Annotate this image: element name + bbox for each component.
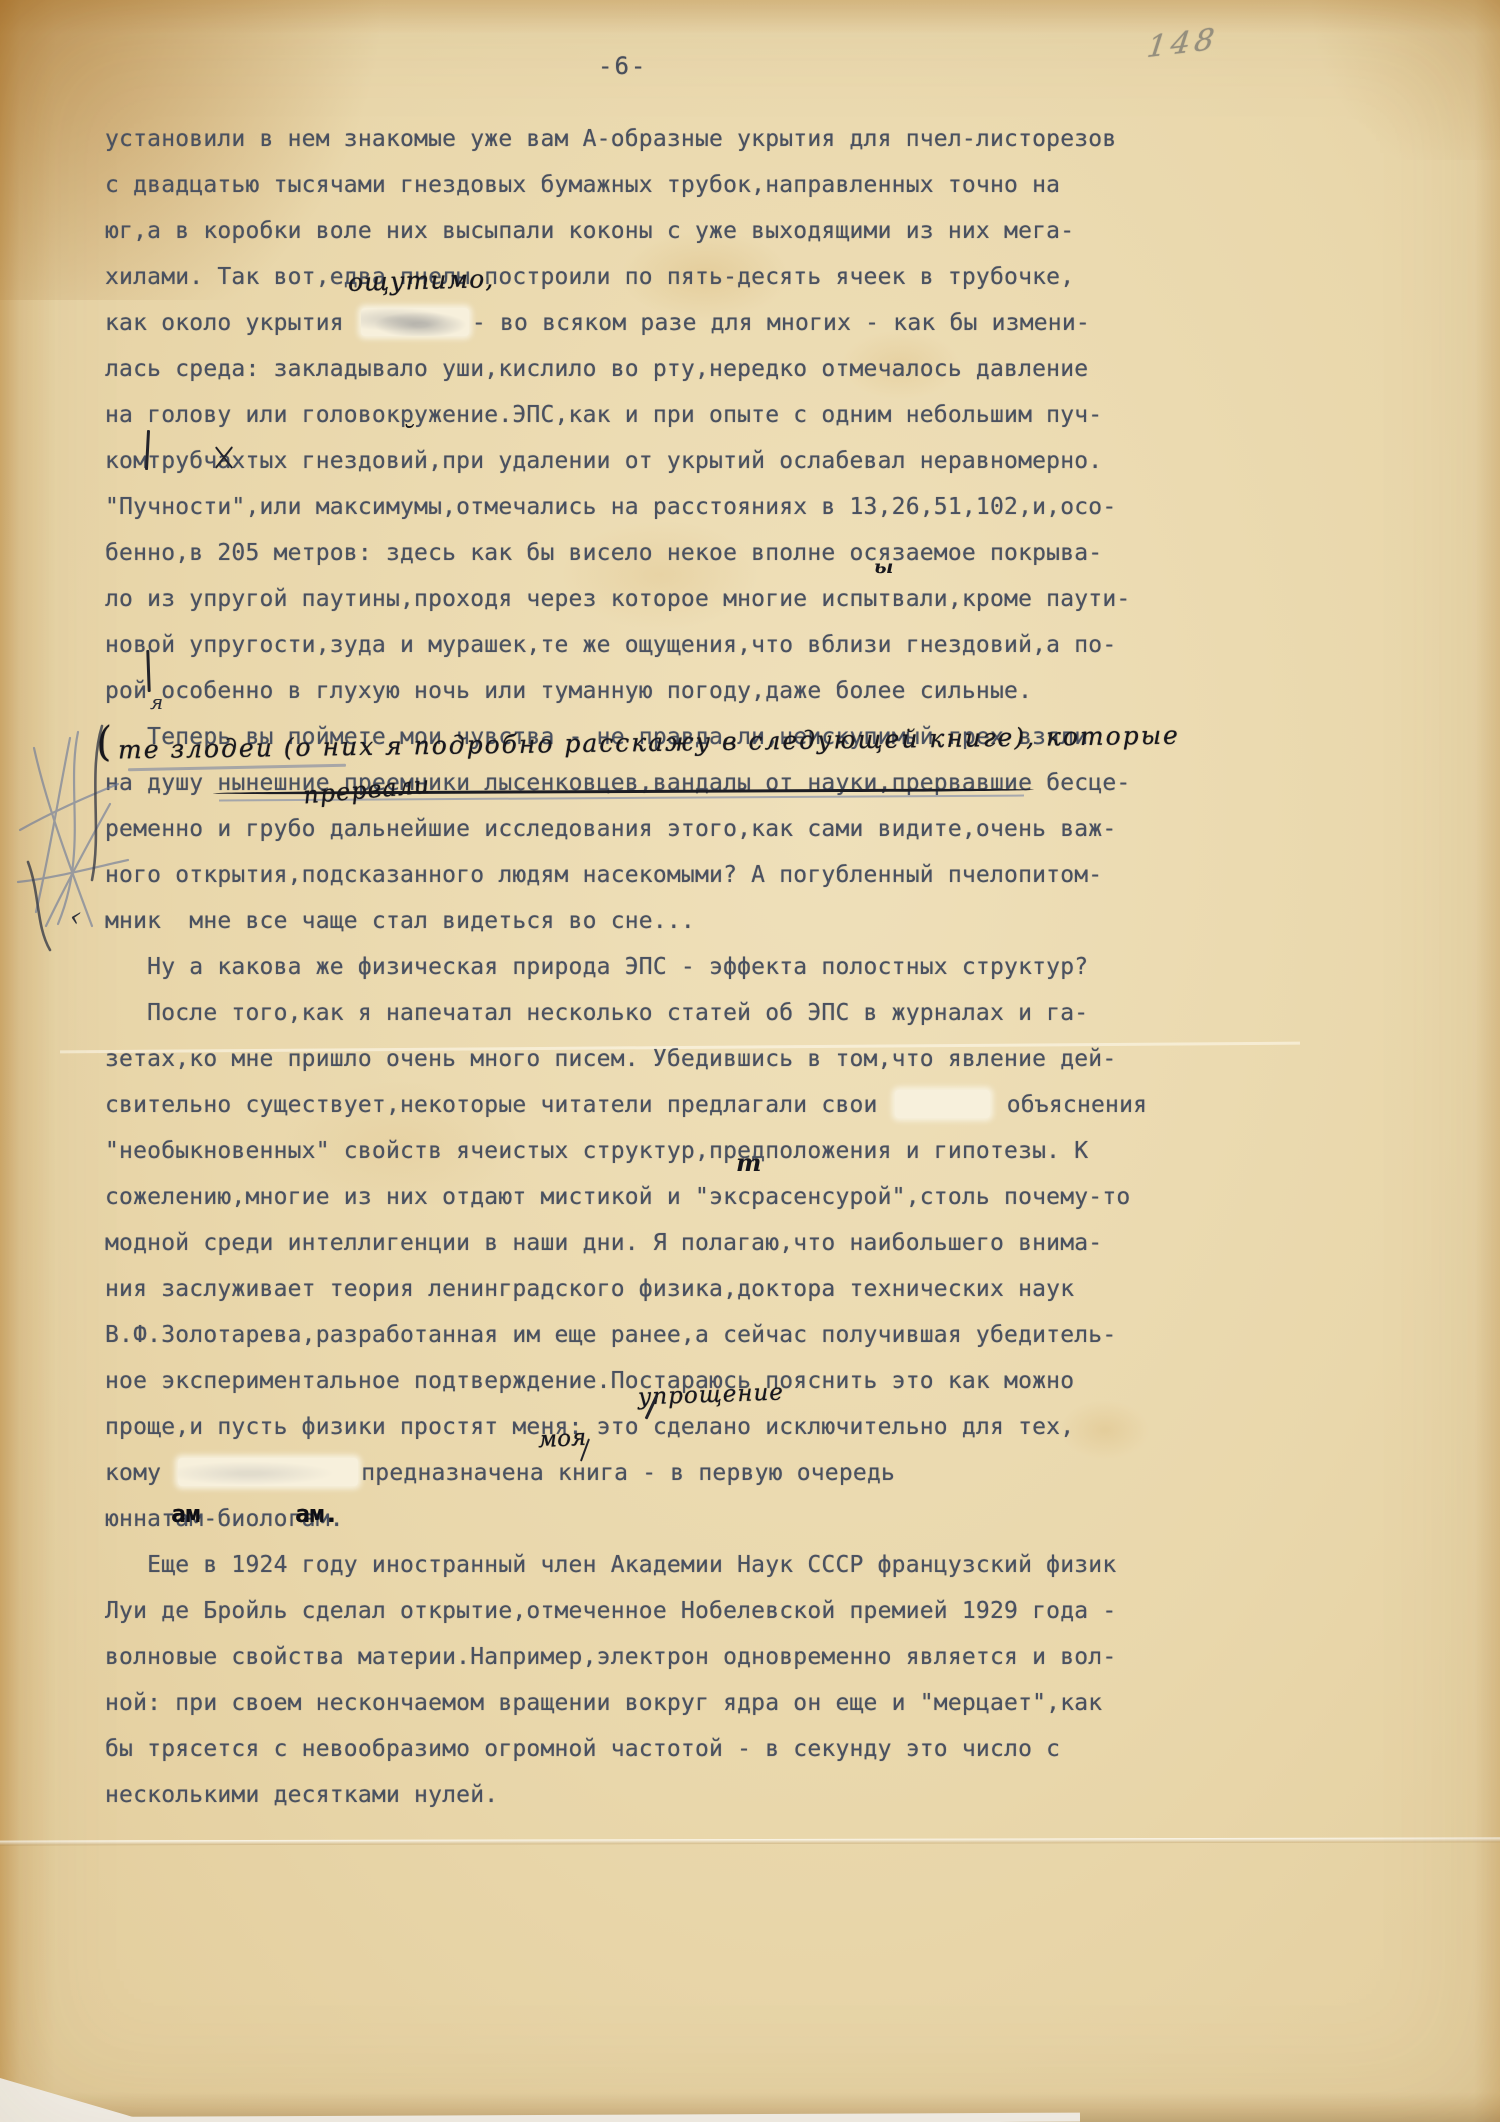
- pencil-folio-number: 148: [1145, 22, 1220, 65]
- handwritten-word-moya: моя: [537, 1425, 586, 1453]
- handwritten-letter-y-insert: ы: [874, 556, 893, 578]
- typed-line: юг,а в коробки воле них высыпали коконы …: [105, 208, 1225, 254]
- typed-line: проще,и пусть физики простят меня: это с…: [105, 1404, 1225, 1450]
- paper-edge-shadow-left: [0, 0, 60, 2122]
- typed-line: сожелению,многие из них отдают мистикой …: [105, 1174, 1225, 1220]
- typed-line: на голову или головокружение.ЭПС,как и п…: [105, 392, 1225, 438]
- typed-line: несколькими десятками нулей.: [105, 1772, 1225, 1818]
- typed-line: После того,как я напечатал несколько ста…: [105, 990, 1225, 1036]
- typed-line: юннатам-биологам.: [105, 1496, 1225, 1542]
- scanned-manuscript-page: -6- 148 установили в нем знакомые уже ва…: [0, 0, 1500, 2122]
- typed-line: ло из упругой паутины,проходя через кото…: [105, 576, 1225, 622]
- typed-line-with-whiteout: как около укрытия - во всяком разе для м…: [105, 300, 1225, 346]
- handwritten-word-oshchutimo: ощутимо,: [348, 264, 495, 297]
- typed-line: хилами. Так вот,едва пчелы построили по …: [105, 254, 1225, 300]
- typed-line: "Пучности",или максимумы,отмечались на р…: [105, 484, 1225, 530]
- typed-line: лась среда: закладывало уши,кислило во р…: [105, 346, 1225, 392]
- typed-text-segment: свительно существует,некоторые читатели …: [105, 1092, 892, 1118]
- typed-line: модной среди интеллигенции в наши дни. Я…: [105, 1220, 1225, 1266]
- typed-line: "необыкновенных" свойств ячеистых структ…: [105, 1128, 1225, 1174]
- typed-line: комтрубчахтых гнездовий,при удалении от …: [105, 438, 1225, 484]
- paper-corner-shadow-top-right: [1280, 0, 1500, 160]
- paper-edge-shadow-top: [0, 0, 1500, 34]
- handwritten-letter-t-insert: т: [736, 1148, 761, 1177]
- typed-text-segment: как около укрытия: [105, 310, 358, 336]
- typed-text-segment: - во всяком разе для многих - как бы изм…: [472, 310, 1090, 336]
- paper-edge-shadow-right: [1474, 0, 1500, 2122]
- typed-line: Луи де Бройль сделал открытие,отмеченное…: [105, 1588, 1225, 1634]
- typed-line-with-whiteout: кому предназначена книга - в первую очер…: [105, 1450, 1225, 1496]
- page-number: -6-: [598, 52, 647, 80]
- typed-line: с двадцатью тысячами гнездовых бумажных …: [105, 162, 1225, 208]
- margin-pencil-scribbles: [6, 712, 166, 962]
- typed-line: ной: при своем нескончаемом вращении вок…: [105, 1680, 1225, 1726]
- whiteout-blot: [361, 308, 469, 336]
- typed-line: ния заслуживает теория ленинградского фи…: [105, 1266, 1225, 1312]
- handwritten-letter-ya-mark: я: [150, 690, 163, 714]
- typed-line: мник мне все чаще стал видеться во сне..…: [105, 898, 1225, 944]
- typed-line: В.Ф.Золотарева,разработанная им еще ране…: [105, 1312, 1225, 1358]
- typed-text-segment: объяснения: [993, 1092, 1148, 1118]
- typed-line: ного открытия,подсказанного людям насеко…: [105, 852, 1225, 898]
- typed-text-block: установили в нем знакомые уже вам А-обра…: [105, 116, 1225, 1818]
- handwritten-breve-mark: ˘: [400, 420, 414, 453]
- typed-line: зетах,ко мне пришло очень много писем. У…: [105, 1036, 1225, 1082]
- typed-line: бенно,в 205 метров: здесь как бы висело …: [105, 530, 1225, 576]
- handwritten-overstrike-am: ам: [171, 1500, 200, 1528]
- typed-line: волновые свойства материи.Например,элект…: [105, 1634, 1225, 1680]
- typed-line: рой особенно в глухую ночь или туманную …: [105, 668, 1225, 714]
- typed-line: бы трясется с невообразимо огромной част…: [105, 1726, 1225, 1772]
- typed-text-segment: предназначена книга - в первую очередь: [361, 1460, 895, 1486]
- typed-line: Еще в 1924 году иностранный член Академи…: [105, 1542, 1225, 1588]
- typed-line: Ну а какова же физическая природа ЭПС - …: [105, 944, 1225, 990]
- typed-line: установили в нем знакомые уже вам А-обра…: [105, 116, 1225, 162]
- handwritten-word-uproshchenie: упрощение: [638, 1379, 785, 1410]
- typed-text-segment: бесце-: [1032, 770, 1130, 796]
- whiteout-blot: [895, 1090, 990, 1118]
- whiteout-blot: [178, 1458, 358, 1486]
- handwritten-overstrike-am: ам.: [295, 1500, 338, 1528]
- typed-text-segment: кому: [105, 1460, 175, 1486]
- paper-crease: [0, 1837, 1500, 1845]
- typed-line: ременно и грубо дальнейшие исследования …: [105, 806, 1225, 852]
- typed-line-with-whiteout: свительно существует,некоторые читатели …: [105, 1082, 1225, 1128]
- typed-line: новой упругости,зуда и мурашек,те же ощу…: [105, 622, 1225, 668]
- scribble-strokes: [6, 712, 166, 962]
